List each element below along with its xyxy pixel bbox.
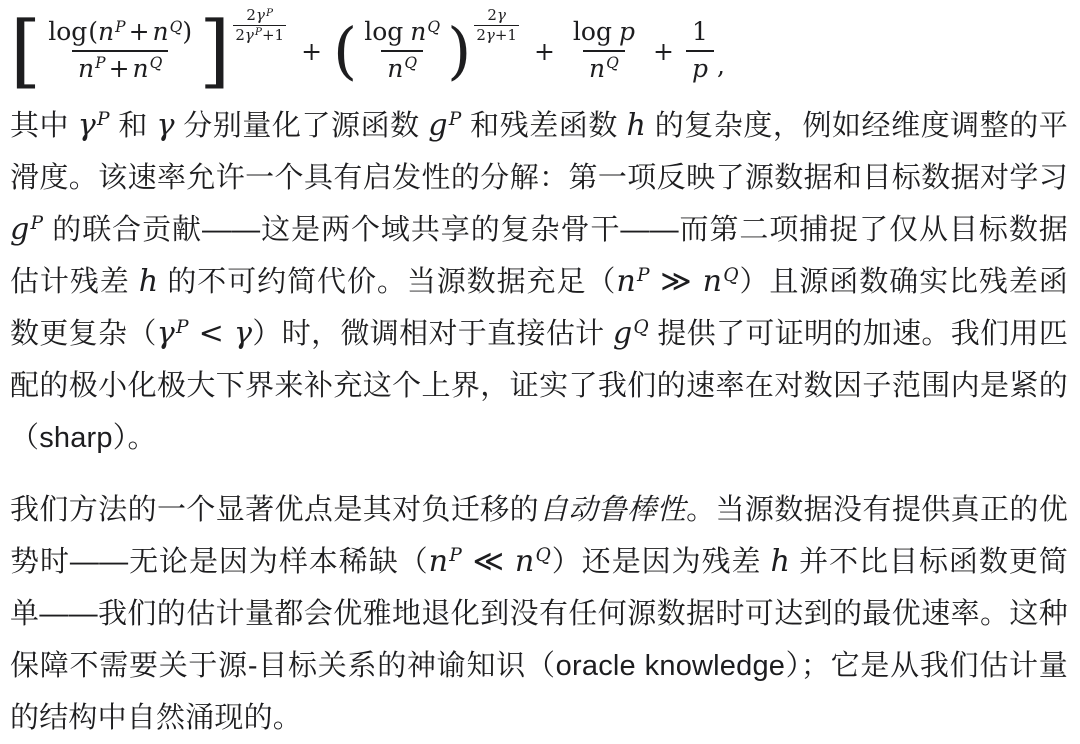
term4-fraction: 1 p: [686, 18, 714, 84]
var-n: n: [78, 54, 94, 83]
term3-denominator: nQ: [583, 50, 625, 84]
var-gamma: γ: [78, 108, 96, 143]
text-run: 和: [110, 110, 157, 142]
coefficient-2: 2: [487, 6, 497, 24]
much-greater-operator: ≫: [650, 264, 703, 299]
document-page: [ log(nP+nQ) nP+nQ ] 2γP 2γP+1 + ( lognQ…: [0, 0, 1080, 744]
var-n: n: [153, 17, 169, 46]
superscript-P: P: [266, 7, 273, 19]
superscript-Q: Q: [606, 54, 619, 72]
exponent-numerator: 2γ: [485, 7, 508, 25]
text-run: 的不可约简代价。当源数据充足（: [158, 266, 616, 298]
var-n: n: [133, 54, 149, 83]
text-run: 我们方法的一个显著优点是其对负迁移的: [10, 494, 539, 526]
coefficient-2: 2: [476, 26, 486, 44]
superscript-P: P: [31, 213, 44, 234]
text-run: ）还是因为残差: [551, 546, 770, 578]
superscript-P: P: [255, 26, 262, 38]
var-n: n: [515, 544, 535, 579]
superscript-Q: Q: [536, 545, 552, 566]
var-gamma: γ: [256, 6, 265, 24]
inline-math-g-P: gP: [10, 212, 43, 247]
superscript-Q: Q: [633, 317, 649, 338]
paragraph-2: 我们方法的一个显著优点是其对负迁移的自动鲁棒性。当源数据没有提供真正的优势时——…: [10, 484, 1068, 744]
var-n: n: [410, 17, 426, 46]
term2-numerator: lognQ: [358, 18, 446, 50]
exponent-denominator: 2γP+1: [233, 25, 286, 44]
log-function: log: [573, 17, 612, 46]
display-equation: [ log(nP+nQ) nP+nQ ] 2γP 2γP+1 + ( lognQ…: [10, 4, 1068, 98]
plus-one: +1: [495, 26, 517, 44]
var-h: h: [771, 544, 791, 579]
inline-math-nP-muchgreater-nQ: nP ≫ nQ: [616, 264, 738, 299]
inline-math-gammaP-less-gamma: γP < γ: [157, 316, 253, 351]
var-n: n: [387, 54, 403, 83]
paragraph-1: 其中 γP 和 γ 分别量化了源函数 gP 和残差函数 h 的复杂度，例如经维度…: [10, 100, 1068, 464]
term4-numerator: 1: [686, 18, 714, 50]
term1-fraction: log(nP+nQ) nP+nQ: [42, 18, 198, 84]
var-n: n: [98, 17, 114, 46]
plus-one: +1: [262, 26, 284, 44]
number-1: 1: [692, 17, 708, 46]
var-n: n: [616, 264, 636, 299]
text-run: 分别量化了源函数: [175, 110, 429, 142]
var-g: g: [428, 108, 448, 143]
superscript-Q: Q: [170, 18, 183, 36]
much-less-operator: ≪: [462, 544, 515, 579]
var-p: p: [692, 54, 708, 83]
var-gamma: γ: [497, 6, 506, 24]
plus-operator: +: [129, 17, 150, 46]
text-run: 和残差函数: [462, 110, 627, 142]
coefficient-2: 2: [246, 6, 256, 24]
term2-exponent-fraction: 2γ 2γ+1: [474, 7, 519, 43]
superscript-P: P: [637, 265, 650, 286]
var-p: p: [619, 17, 635, 46]
var-h: h: [627, 108, 647, 143]
log-function: log: [364, 17, 403, 46]
term3-numerator: logp: [567, 18, 641, 50]
text-run: 其中: [10, 110, 78, 142]
superscript-P: P: [449, 545, 462, 566]
term1-exponent-fraction: 2γP 2γP+1: [233, 7, 286, 43]
open-paren: (: [88, 17, 98, 46]
var-gamma: γ: [156, 108, 174, 143]
inline-math-h: h: [771, 544, 791, 579]
superscript-P: P: [95, 54, 105, 72]
superscript-P: P: [449, 109, 462, 130]
inline-math-g-Q: gQ: [613, 316, 649, 351]
term4-denominator: p: [686, 50, 714, 84]
log-function: log: [48, 17, 87, 46]
var-g: g: [10, 212, 30, 247]
var-g: g: [613, 316, 633, 351]
text-run: ）时，微调相对于直接估计: [252, 318, 613, 350]
plus-operator: +: [653, 37, 674, 66]
term2-fraction: lognQ nQ: [358, 18, 446, 84]
close-paren: ): [182, 17, 192, 46]
var-n: n: [429, 544, 449, 579]
inline-math-g-P: gP: [428, 108, 461, 143]
superscript-Q: Q: [723, 265, 739, 286]
emphasis-auto-robustness: 自动鲁棒性: [539, 494, 686, 526]
exponent-numerator: 2γP: [244, 7, 275, 25]
inline-math-gamma-P: γP: [78, 108, 110, 143]
superscript-Q: Q: [427, 18, 440, 36]
var-gamma: γ: [157, 316, 175, 351]
inline-math-h: h: [139, 264, 159, 299]
var-h: h: [139, 264, 159, 299]
superscript-P: P: [97, 109, 110, 130]
plus-operator: +: [534, 37, 555, 66]
plus-operator: +: [301, 37, 322, 66]
term1-denominator: nP+nQ: [72, 50, 168, 84]
superscript-P: P: [176, 317, 189, 338]
superscript-P: P: [115, 18, 125, 36]
inline-math-h: h: [627, 108, 647, 143]
plus-operator: +: [109, 54, 130, 83]
var-gamma: γ: [234, 316, 252, 351]
inline-math-nP-muchless-nQ: nP ≪ nQ: [429, 544, 551, 579]
term3-fraction: logp nQ: [567, 18, 641, 84]
var-gamma: γ: [245, 26, 254, 44]
superscript-Q: Q: [404, 54, 417, 72]
trailing-comma: ,: [717, 51, 725, 80]
var-gamma: γ: [486, 26, 495, 44]
inline-math-gamma: γ: [156, 108, 174, 143]
term2-denominator: nQ: [381, 50, 423, 84]
superscript-Q: Q: [150, 54, 163, 72]
exponent-denominator: 2γ+1: [474, 25, 519, 44]
var-n: n: [703, 264, 723, 299]
less-than-operator: <: [189, 316, 234, 351]
var-n: n: [589, 54, 605, 83]
term1-numerator: log(nP+nQ): [42, 18, 198, 50]
coefficient-2: 2: [235, 26, 245, 44]
